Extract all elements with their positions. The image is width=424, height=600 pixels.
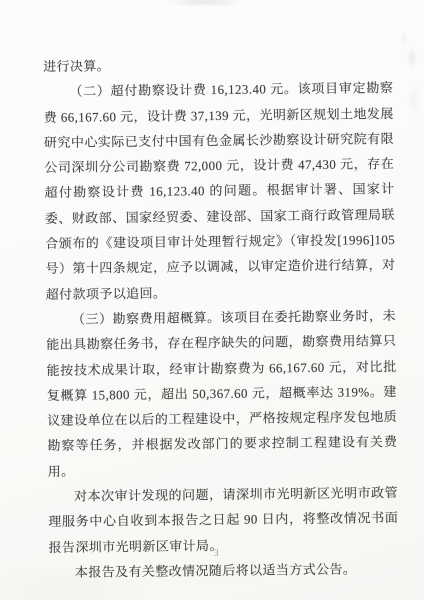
paragraph-finding-overpaid-survey-design-fee: （二）超付勘察设计费 16,123.40 元。该项目审定勘察费 66,167.6… bbox=[43, 75, 396, 307]
paragraph-rectification-requirement: 对本次审计发现的问题，请深圳市光明新区光明市政管理服务中心自收到本报告之日起 9… bbox=[48, 480, 399, 560]
page-number: 3 bbox=[214, 548, 219, 558]
paragraph-continuation: 进行决算。 bbox=[43, 50, 393, 79]
scanned-document-page: 进行决算。 （二）超付勘察设计费 16,123.40 元。该项目审定勘察费 66… bbox=[0, 0, 424, 600]
report-text-block: 进行决算。 （二）超付勘察设计费 16,123.40 元。该项目审定勘察费 66… bbox=[43, 50, 399, 585]
paragraph-finding-survey-fee-over-budget: （三）勘察费用超概算。该项目在委托勘察业务时，未能出具勘察任务书，存在程序缺失的… bbox=[46, 303, 398, 484]
paragraph-publication-notice: 本报告及有关整改情况随后将以适当方式公告。 bbox=[49, 556, 399, 585]
